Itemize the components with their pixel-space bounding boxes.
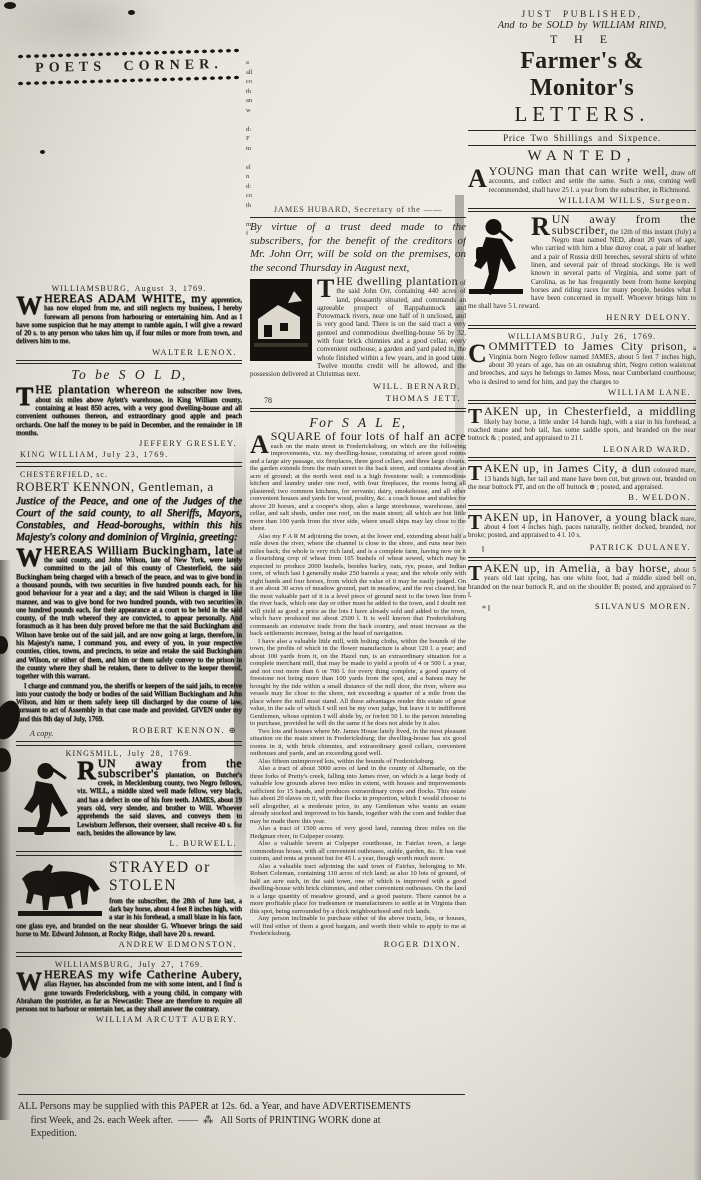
- trust-deed-notice: By virtue of a trust deed made to the su…: [250, 221, 466, 275]
- left-column: POETS CORNER. WILLIAMSBURG, August 3, 17…: [16, 34, 242, 1096]
- ad-burwell-runaway: KINGSMILL, July 28, 1769. RUN away from …: [16, 749, 242, 849]
- ad-body: WHEREAS William Buckingham, late of the …: [16, 546, 242, 681]
- signature: WILL. BERNARD.: [373, 381, 461, 391]
- book-line-sold-by: And to be SOLD by WILLIAM RIND,: [468, 20, 696, 31]
- ad-strayed-horse: STRAYED or STOLEN from the subscriber, t…: [16, 859, 242, 949]
- drop-cap: W: [16, 970, 44, 992]
- paragraph: Also a tract of about 3000 acres of land…: [250, 765, 466, 825]
- horse-woodcut: [16, 861, 104, 919]
- ad-text: ASQUARE of four lots of half an acre eac…: [250, 433, 466, 533]
- ad-text: of the said county, and John Wilson, lat…: [16, 548, 242, 680]
- ad-heading: To be S O L D,: [16, 367, 242, 383]
- ad-lead: YOUNG man that can write well,: [489, 164, 668, 178]
- signature: WILLIAM LANE.: [468, 387, 691, 397]
- ink-smudge: [0, 748, 11, 772]
- ad-aubery-wife: WILLIAMSBURG, July 27, 1769. WHEREAS my …: [16, 960, 242, 1024]
- book-advert: JUST PUBLISHED, And to be SOLD by WILLIA…: [468, 10, 696, 146]
- section-rule: [468, 325, 696, 330]
- section-rule: [16, 851, 242, 856]
- signature-row: 78 WILL. BERNARD. THOMAS JETT.: [250, 380, 466, 405]
- ad-text: likely bay horse, a little under 14 hand…: [468, 418, 696, 443]
- runaway-figure-woodcut: [16, 761, 72, 835]
- drop-cap: T: [468, 464, 484, 482]
- drop-cap: T: [468, 564, 484, 582]
- ad-subheading: Justice of the Peace, and one of the Jud…: [16, 496, 242, 544]
- book-title: Farmer's & Monitor's: [468, 48, 696, 102]
- ad-heading: ROBERT KENNON, Gentleman, a: [16, 479, 242, 495]
- ad-taken-chesterfield: TAKEN up, in Chesterfield, a middling li…: [468, 407, 696, 453]
- ink-smudge: [128, 10, 135, 15]
- ad-taken-amelia: TAKEN up, in Amelia, a bay horse, about …: [468, 564, 696, 613]
- ad-adam-white: WILLIAMSBURG, August 3, 1769. WHEREAS AD…: [16, 284, 242, 357]
- ad-plantation-sold: To be S O L D, THE plantation whereon th…: [16, 367, 242, 459]
- paragraph: I have also a valuable little mill, with…: [250, 638, 466, 728]
- ad-kennon-warrant: CHESTERFIELD, sc. ROBERT KENNON, Gentlem…: [16, 470, 242, 738]
- paragraph: Also a tract of 1500 acres of very good …: [250, 825, 466, 840]
- ad-lead: AKEN up, in Amelia, a bay horse,: [484, 561, 671, 575]
- signature-row: ‖ PATRICK DULANEY.: [468, 541, 696, 554]
- torn-edge-shadow: [0, 560, 11, 1120]
- ad-ned-runaway: RUN away from the subscriber, the 12th o…: [468, 215, 696, 321]
- book-price-line: Price Two Shillings and Sixpence.: [468, 130, 696, 146]
- paragraph: Also a valuable tavern at Culpeper court…: [250, 840, 466, 863]
- signature: SILVANUS MOREN.: [595, 601, 691, 611]
- drop-cap: T: [317, 277, 336, 299]
- house-woodcut: [250, 279, 312, 361]
- ad-text: the subscriber now lives, about six mile…: [16, 387, 242, 436]
- footer-rule: [18, 1094, 465, 1095]
- ad-taken-james-city: TAKEN up, in James City, a dun coloured …: [468, 464, 696, 502]
- ad-taken-hanover: TAKEN up, in Hanover, a young black mare…: [468, 513, 696, 554]
- ink-smudge: [0, 636, 8, 654]
- paragraph: Any person inclinable to purchase either…: [250, 915, 466, 938]
- ad-body: COMMITTED to James City prison, a Virgin…: [468, 342, 696, 385]
- section-rule: [16, 952, 242, 957]
- ad-lead: HEREAS my wife Catherine Aubery,: [44, 967, 242, 981]
- section-rule: [250, 217, 466, 218]
- drop-cap: T: [468, 407, 484, 425]
- section-rule: [16, 741, 242, 746]
- ad-body: WHEREAS ADAM WHITE, my apprentice, has n…: [16, 294, 242, 346]
- ad-body: TAKEN up, in Amelia, a bay horse, about …: [468, 564, 696, 599]
- drop-cap: A: [250, 433, 271, 455]
- signature: L. BURWELL.: [16, 838, 237, 848]
- ad-body: I charge and command you, the sheriffs o…: [16, 682, 242, 723]
- ink-smudge: [4, 2, 16, 9]
- runaway-figure-woodcut: [468, 217, 526, 297]
- signature: ROGER DIXON.: [250, 939, 461, 949]
- paragraph: Two lots and houses where Mr. James Hous…: [250, 728, 466, 758]
- ad-text: apprentice, has now eloped from me, and …: [16, 296, 242, 345]
- signature: WILLIAM WILLS, Surgeon.: [468, 195, 691, 205]
- ad-wanted: WANTED, AYOUNG man that can write well, …: [468, 148, 696, 205]
- ad-text: I charge and command you, the sheriffs o…: [16, 682, 242, 723]
- drop-cap: T: [16, 385, 35, 407]
- ad-heading: WANTED,: [468, 148, 696, 165]
- drop-cap: W: [16, 294, 44, 316]
- ad-lead: SQUARE of four lots of half an acre: [271, 429, 466, 443]
- drop-cap: W: [16, 546, 44, 568]
- ad-orr-trust-sale: By virtue of a trust deed made to the su…: [250, 221, 466, 405]
- ad-body: AYOUNG man that can write well, draw off…: [468, 167, 696, 194]
- drop-cap: C: [468, 342, 489, 364]
- ad-dixon-for-sale: For S A L E, ASQUARE of four lots of hal…: [250, 415, 466, 949]
- drop-cap: R: [77, 759, 98, 781]
- signature: WILLIAM ARCUTT AUBERY.: [16, 1014, 237, 1024]
- newspaper-page-scan: a all co th an w d: F m el n d: co th m …: [0, 0, 701, 1180]
- ad-text: plantation, on Butcher's creek, in Meckl…: [77, 771, 242, 837]
- signature-row: A copy. ROBERT KENNON. ⊕: [16, 724, 242, 738]
- ad-lead: OMMITTED to James City prison,: [489, 339, 687, 353]
- ad-lead: HE dwelling plantation: [336, 274, 458, 288]
- signature: WALTER LENOX.: [16, 347, 237, 357]
- hubard-cutoff-line: JAMES HUBARD, Secretary of the ——: [250, 204, 466, 214]
- price-mark: 78: [264, 396, 272, 405]
- ad-body: TAKEN up, in James City, a dun coloured …: [468, 464, 696, 491]
- footnote-mark: ‖: [482, 545, 484, 554]
- footnote-mark: * ‖: [482, 604, 490, 613]
- signature-row: * ‖ SILVANUS MOREN.: [468, 600, 696, 613]
- poets-corner-section: POETS CORNER.: [16, 34, 242, 84]
- ad-text: alias Hayner, has absconded from me with…: [16, 980, 242, 1013]
- paragraph: Also a valuable tract adjoining the said…: [250, 863, 466, 916]
- signature: ANDREW EDMONSTON.: [16, 939, 237, 949]
- ad-lead: HEREAS ADAM WHITE, my: [44, 291, 207, 305]
- county-line: CHESTERFIELD, sc.: [20, 470, 242, 479]
- ad-lead: AKEN up, in James City, a dun: [484, 461, 651, 475]
- section-rule: [16, 360, 242, 365]
- section-rule: [250, 408, 466, 413]
- ad-lead: HE plantation whereon: [35, 382, 160, 396]
- book-line-just-published: JUST PUBLISHED,: [468, 10, 696, 20]
- drop-cap: A: [468, 167, 489, 189]
- ad-lead: HEREAS William Buckingham, late: [44, 543, 234, 557]
- ad-committed-prison: WILLIAMSBURG, July 26, 1769. COMMITTED t…: [468, 332, 696, 396]
- drop-cap: T: [468, 513, 484, 531]
- ad-body: ASQUARE of four lots of half an acre eac…: [250, 433, 466, 938]
- signature: JEFFERY GRESLEY.: [16, 438, 237, 448]
- book-line-the: T H E: [468, 32, 696, 47]
- signature: HENRY DELONY.: [468, 312, 691, 322]
- ad-body: THE plantation whereon the subscriber no…: [16, 385, 242, 437]
- paragraph: Also my F A R M adjoining the town, at t…: [250, 533, 466, 638]
- blank-area: [16, 86, 242, 282]
- signature: THOMAS JETT.: [373, 393, 461, 403]
- ink-smudge: [0, 1028, 12, 1058]
- copy-note: A copy.: [30, 729, 53, 738]
- signature: ROBERT KENNON. ⊕: [132, 725, 237, 736]
- signature: PATRICK DULANEY.: [590, 542, 691, 552]
- paragraph: each on the main street in Fredericksbur…: [250, 443, 466, 533]
- ad-body: TAKEN up, in Hanover, a young black mare…: [468, 513, 696, 540]
- middle-column: JAMES HUBARD, Secretary of the —— By vir…: [250, 204, 466, 1116]
- dateline: KING WILLIAM, July 23, 1769.: [20, 450, 242, 459]
- book-title-letters: LETTERS.: [468, 102, 696, 127]
- paragraph: Also fifteen unimproved lots, within the…: [250, 758, 466, 766]
- right-column: JUST PUBLISHED, And to be SOLD by WILLIA…: [468, 10, 696, 670]
- ad-body: WHEREAS my wife Catherine Aubery, alias …: [16, 970, 242, 1013]
- section-rule: [16, 462, 242, 467]
- ad-lead: AKEN up, in Chesterfield, a middling: [484, 404, 696, 418]
- drop-cap: R: [531, 215, 552, 237]
- subscription-footer: ALL Persons may be supplied with this PA…: [18, 1100, 465, 1141]
- ad-body: TAKEN up, in Chesterfield, a middling li…: [468, 407, 696, 442]
- ad-lead: AKEN up, in Hanover, a young black: [484, 510, 678, 524]
- signature: B. WELDON.: [468, 492, 691, 502]
- signature: LEONARD WARD.: [468, 444, 691, 454]
